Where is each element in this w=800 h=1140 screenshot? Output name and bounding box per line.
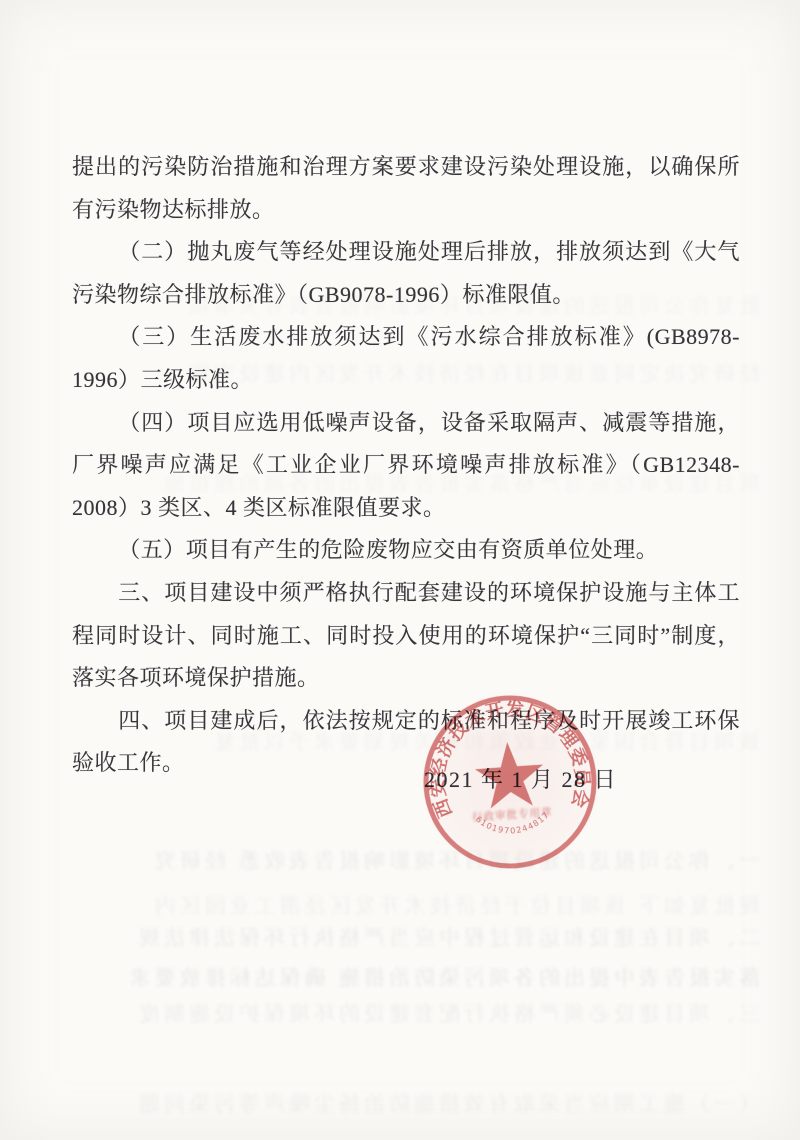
bleedthrough-line: （一）施工期应当采取有效措施防治扬尘噪声等污染问题 <box>60 1088 760 1118</box>
paragraph-item-4: （四）项目应选用低噪声设备，设备采取隔声、减震等措施，厂界噪声应满足《工业企业厂… <box>72 402 740 530</box>
paragraph-item-5: （五）项目有产生的危险废物应交由有资质单位处理。 <box>72 529 740 572</box>
bleedthrough-line: 该项目符合国家产业政策和相关规划要求予以批复 <box>60 726 760 756</box>
scanned-document-page: 批复你公司报送的建设项目环境影响报告表有关事项 经研究决定同意该项目在经济技术开… <box>0 0 800 1140</box>
bleedthrough-line: 二、项目在建设和运营过程中应当严格执行环保法律法规 <box>60 922 760 952</box>
official-seal: 西安经济技术开发区管理委员会 行政审批专用章 6101970244817 <box>414 686 606 878</box>
bleedthrough-line: 批复你公司报送的建设项目环境影响报告表有关事项 <box>60 290 760 320</box>
bleedthrough-line: 落实报告表中提出的各项污染防治措施 确保达标排放要求 <box>60 962 760 992</box>
bleedthrough-line: 现批复如下 该项目位于经济技术开发区泾渭工业园区内 <box>60 890 760 920</box>
official-seal-graphic: 西安经济技术开发区管理委员会 行政审批专用章 6101970244817 <box>414 686 606 878</box>
bleedthrough-line: 三、项目建设必须严格执行配套建设的环境保护设施制度 <box>60 998 760 1028</box>
bleedthrough-line: 项目建设单位应当严格落实报告表提出的各项治理措施 <box>60 468 760 498</box>
paragraph-continuation: 提出的污染防治措施和治理方案要求建设污染处理设施，以确保所有污染物达标排放。 <box>72 146 740 231</box>
document-body: 提出的污染防治措施和治理方案要求建设污染处理设施，以确保所有污染物达标排放。 （… <box>72 146 740 785</box>
seal-star-icon <box>473 740 546 810</box>
bleedthrough-line: 一、你公司报送的建设项目环境影响报告表收悉 经研究 <box>60 845 760 875</box>
bleedthrough-line: 经研究决定同意该项目在经济技术开发区内建设实施 <box>60 358 760 388</box>
paragraph-section-3: 三、项目建设中须严格执行配套建设的环境保护设施与主体工程同时设计、同时施工、同时… <box>72 572 740 700</box>
